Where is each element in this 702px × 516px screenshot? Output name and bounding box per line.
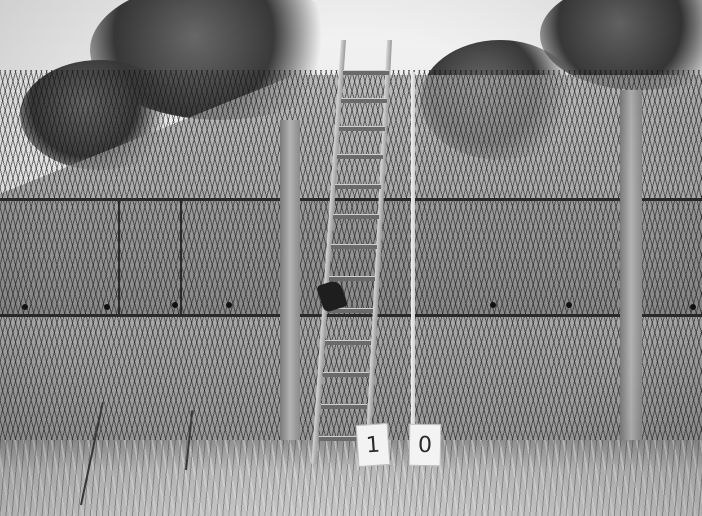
ladder-rung	[321, 404, 367, 409]
vertical-seam	[118, 200, 120, 314]
fence-post	[620, 90, 642, 460]
ladder-rung	[337, 154, 383, 159]
ladder-rung	[333, 214, 379, 219]
ladder-rail-right	[365, 40, 392, 465]
ladder-rung	[323, 372, 369, 377]
evidence-marker: 0	[409, 424, 442, 467]
bolt	[22, 304, 28, 310]
ladder-rung	[329, 276, 375, 281]
ladder-rung	[339, 126, 385, 131]
ladder-rail-left	[311, 40, 346, 464]
vertical-seam	[180, 200, 182, 314]
ladder-rung	[335, 184, 381, 189]
evidence-marker: 1	[356, 423, 391, 467]
photograph: 1 0	[0, 0, 702, 516]
ladder-rung	[343, 70, 389, 75]
bolt	[690, 304, 696, 310]
ladder-rung	[331, 244, 377, 249]
bolt	[104, 304, 110, 310]
ladder	[305, 40, 400, 465]
ladder-rung	[325, 340, 371, 345]
bolt	[490, 302, 496, 308]
bolt	[226, 302, 232, 308]
measuring-pole	[411, 72, 415, 432]
bolt	[566, 302, 572, 308]
ladder-rung	[341, 98, 387, 103]
fence-post	[280, 120, 300, 450]
bolt	[172, 302, 178, 308]
